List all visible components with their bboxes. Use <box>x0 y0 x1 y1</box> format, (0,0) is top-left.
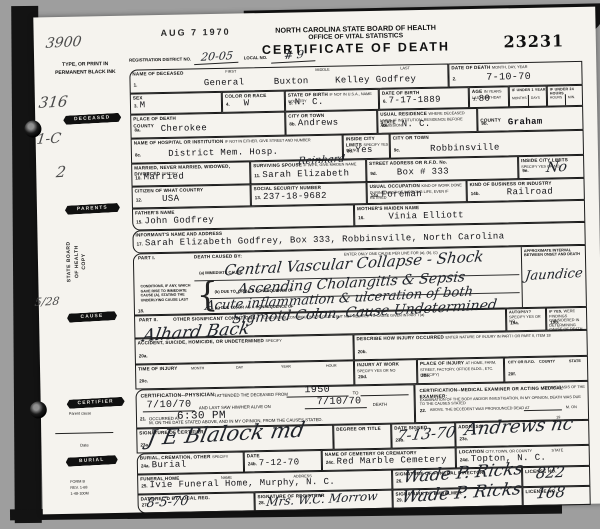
margin-tab-deceased: DECEASED <box>63 113 121 125</box>
value-burial-date: 7-12-70 <box>259 457 300 468</box>
value-inside-city-limits-death: Yes <box>355 145 373 155</box>
field-residence-state: USUAL RESIDENCE WHERE DECEASED LIVED. IF… <box>377 108 477 134</box>
value-residence-state: N. C. <box>402 119 431 130</box>
copy-designation: STATE BOARD OF HEALTH COPY <box>65 226 89 296</box>
field-if-under-24-hours: IF UNDER 24 HOURS HOURS MIN. <box>547 85 583 107</box>
value-first-name: General <box>204 77 245 88</box>
margin-date-line: Date <box>55 432 113 452</box>
form-number-note: FORM B REV. 1-68 1-48-100M <box>70 478 89 497</box>
field-date-of-birth: DATE OF BIRTH 6.7-17-1889 <box>379 87 469 110</box>
field-18-number: 18. <box>138 308 144 313</box>
value-mother: Vinia Elliott <box>388 210 464 221</box>
value-spouse: Sarah Elizabeth <box>262 168 349 180</box>
value-burial-type: Burial <box>152 460 187 471</box>
value-father: John Godfrey <box>144 215 214 226</box>
field-street-address: STREET ADDRESS OR R.F.D. No. 9d.Box # 33… <box>366 156 518 182</box>
field-autopsy: AUTOPSY? SPECIFY YES OR NO 19a. <box>506 308 546 332</box>
handwritten-director-license: 822 <box>535 463 566 483</box>
field-residence-county: COUNTY 9b.Graham <box>477 106 583 132</box>
value-race: W <box>244 98 250 108</box>
form-number-line3: 1-48-100M <box>70 491 88 497</box>
field-burial-date: DATE 24b.7-12-70 <box>244 450 322 472</box>
handwritten-inside-city-limits-no: No <box>545 159 568 176</box>
margin-handwriting-1c: 1-C <box>36 130 62 147</box>
field-residence-city: CITY OR TOWN 9c.Robbinsville <box>390 130 584 159</box>
value-sex: M <box>140 100 146 110</box>
value-informant: Sarah Elizabeth Godfrey, Box 333, Robbin… <box>145 231 505 248</box>
value-marital-status: Married <box>144 172 185 183</box>
value-funeral-home: Ivie Funeral Home, Murphy, N. C. <box>149 477 335 491</box>
value-citizen: USA <box>162 194 180 204</box>
value-last-seen-date: 7/10/70 <box>317 396 362 408</box>
field-sex: SEX 3.M <box>130 92 222 115</box>
field-marital-status: MARRIED, NEVER MARRIED, WIDOWED, DIVORCE… <box>131 161 250 186</box>
field-place-of-death-city: CITY OR TOWN 8b.Andrews <box>285 110 377 136</box>
handwritten-date-received: 8-5-70 <box>146 494 190 511</box>
margin-tab-burial: BURIAL <box>66 455 118 467</box>
field-color-or-race: COLOR OR RACE 4.W <box>222 91 285 113</box>
interval-column-label: APPROXIMATE INTERVAL BETWEEN ONSET AND D… <box>524 248 584 257</box>
document-title: CERTIFICATE OF DEATH <box>251 39 461 57</box>
margin-tab-cause: CAUSE <box>67 311 117 323</box>
value-street-address: Box # 333 <box>397 166 449 177</box>
field-autopsy-findings: IF YES, WERE FINDINGS CONSIDERED IN DETE… <box>546 307 587 331</box>
value-hospital: District Mem. Hosp. <box>168 147 278 159</box>
certificate-paper: AUG 7 1970 3900 REGISTRATION DISTRICT NO… <box>33 7 600 515</box>
margin-tab-certifier: CERTIFIER <box>66 397 124 409</box>
value-date-of-death: 7-10-70 <box>486 72 531 84</box>
margin-handwriting-528: 5/28 <box>34 295 60 309</box>
registration-district-value: 20-05 <box>195 49 241 65</box>
value-attended-from: 1950 <box>304 385 330 396</box>
margin-handwriting-316: 316 <box>38 92 69 112</box>
value-state-of-birth: N. C. <box>295 97 324 108</box>
field-injury-at-work: INJURY AT WORK SPECIFY YES OR NO 20d. <box>354 359 417 385</box>
field-age: AGE IN YEARS LAST BIRTHDAY 7.80 <box>469 86 509 108</box>
field-burial-type: BURIAL, CREMATION, OTHER SPECIFY 24a.Bur… <box>137 451 244 474</box>
value-industry: Railroad <box>507 186 554 197</box>
field-kind-of-business: KIND OF BUSINESS OR INDUSTRY 14b.Railroa… <box>466 178 584 202</box>
received-date-stamp: AUG 7 1970 <box>161 27 231 38</box>
margin-handwriting-2: 2 <box>55 163 67 182</box>
margin-tab-parents: PARENTS <box>65 203 120 215</box>
value-occupation: Foreman <box>381 189 422 200</box>
field-inside-city-limits-death: INSIDE CITY LIMITS SPECIFY YES OR NO 8d.… <box>343 134 390 160</box>
field-injury-location: CITY OR R.F.D. COUNTY STATE 20f. <box>504 356 588 383</box>
field-if-under-1-year: IF UNDER 1 YEAR MONTHS DAYS <box>509 86 547 108</box>
value-middle-name: Buxton <box>274 76 309 87</box>
handwritten-embalmer-license: 168 <box>535 483 566 503</box>
field-date-of-death: DATE OF DEATH MONTH, DAY, YEAR 2.7-10-70 <box>448 61 582 88</box>
scanned-death-certificate: AUG 7 1970 3900 REGISTRATION DISTRICT NO… <box>0 0 600 523</box>
print-instruction-note: TYPE, OR PRINT IN PERMANENT BLACK INK <box>52 61 118 77</box>
value-residence-county: Graham <box>508 117 543 128</box>
margin-handwriting-3900: 3900 <box>45 34 83 52</box>
field-ssn: SOCIAL SECURITY NUMBER 13.237-18-9682 <box>251 182 367 206</box>
certificate-number: 23231 <box>484 31 584 52</box>
value-death-city: Andrews <box>298 118 339 129</box>
registration-district-label: REGISTRATION DISTRICT NO. <box>129 56 191 62</box>
field-place-of-death-county: PLACE OF DEATH COUNTY 8a.Cherokee <box>130 112 285 139</box>
certifier-margin-note: Parent cause <box>69 411 91 415</box>
field-state-of-birth: STATE OF BIRTH IF NOT IN U.S.A., NAME CO… <box>285 89 379 112</box>
value-residence-city: Robbinsville <box>430 143 500 154</box>
value-date-of-birth: 7-17-1889 <box>389 95 441 106</box>
value-death-county: Cherokee <box>161 123 208 134</box>
field-usual-occupation: USUAL OCCUPATION KIND OF WORK DONE DURIN… <box>367 180 467 204</box>
conditions-label: CONDITIONS, IF ANY, WHICH GAVE RISE TO I… <box>140 283 198 303</box>
value-last-name: Kelley Godfrey <box>335 74 416 86</box>
field-citizen-of: CITIZEN OF WHAT COUNTRY 12.USA <box>132 184 251 208</box>
value-age: 80 <box>479 94 491 104</box>
field-place-of-injury: PLACE OF INJURY AT HOME, FARM, STREET, F… <box>417 357 504 384</box>
punch-hole-bottom <box>30 401 47 418</box>
value-ssn: 237-18-9682 <box>263 191 327 202</box>
handwritten-cause-b-overflow: Jaundice <box>524 266 583 284</box>
margin-date-label: Date <box>80 442 89 447</box>
field-degree-or-title: DEGREE OR TITLE <box>333 424 391 450</box>
